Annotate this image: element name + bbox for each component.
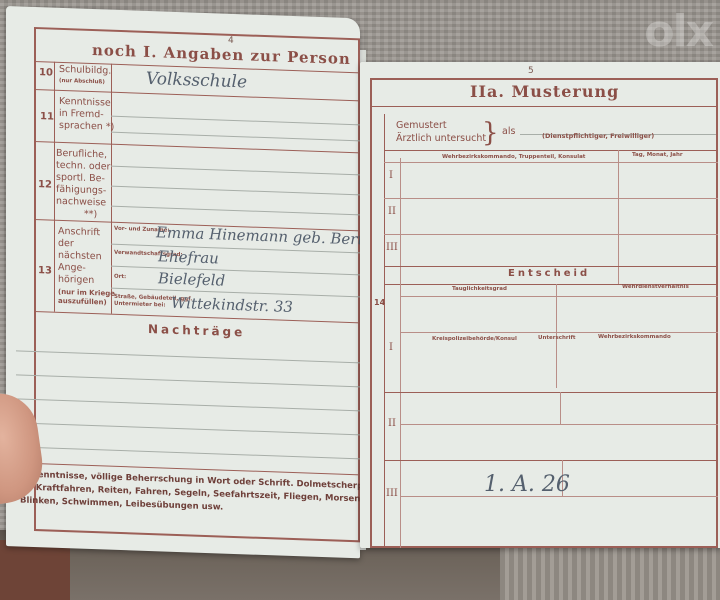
city-value: Bielefeld [158,269,225,289]
row-number: 11 [40,111,54,122]
divider [400,332,718,333]
exam-row-ii: II [388,206,396,217]
divider [400,284,401,548]
row-label: sprachen *) [59,120,114,134]
divider [384,114,385,548]
page-number: 5 [528,66,534,76]
watermark-logo: olx [644,6,712,57]
brace-icon: } [482,118,499,148]
decision-title: Entscheid [508,268,590,280]
divider [560,392,561,424]
divider [384,198,718,199]
divider [384,162,718,163]
divider [618,150,619,284]
divider [384,392,718,393]
right-page: 5 IIa. Musterung Gemustert Ärztlich unte… [360,62,720,548]
divider [400,424,718,425]
left-page: 4 noch I. Angaben zur Person 10 Schulbil… [6,6,360,558]
divider [400,296,718,297]
placemat [500,540,720,600]
exam-row-iii: III [386,242,398,253]
divider [54,62,55,312]
column-header-command: Wehrbezirkskommando [598,334,671,341]
row-label: der [58,238,74,251]
examined-label: Ärztlich untersucht [396,133,486,145]
divider [384,234,718,235]
relationship-value: Ehefrau [158,247,219,267]
column-header-authority: Kreispolizeibehörde/Konsul [432,336,517,343]
section-title: IIa. Musterung [470,82,619,101]
row-label: hörigen [58,274,94,287]
row-label: Schulbildg. [59,64,111,78]
divider [370,106,718,107]
hand-bottom [0,540,70,600]
divider [111,64,112,314]
decision-row-i: I [389,342,393,353]
column-header-signature: Unterschrift [538,335,576,342]
column-header-office: Wehrbezirkskommando, Truppenteil, Konsul… [442,154,585,161]
column-header-date: Tag, Monat, Jahr [632,152,683,159]
exam-row-i: I [389,170,393,181]
subfield-label: Ort: [114,274,126,281]
column-header-fitness: Tauglichkeitsgrad [452,286,507,293]
row-number: 14 [374,298,385,307]
divider [384,460,718,461]
row-number: 12 [38,179,52,190]
handwritten-note: 1. A. 26 [484,472,570,497]
row-number: 13 [38,265,52,276]
divider [384,266,718,267]
as-label: als [502,126,515,138]
row-label: nachweise [56,196,106,210]
supplements-title: Nachträge [148,323,245,338]
row-number: 10 [39,67,53,78]
decision-row-iii: III [386,488,398,499]
row-label: Ange- [58,262,86,275]
divider [384,150,718,151]
as-hint: (Dienstpflichtiger, Freiwilliger) [542,133,654,140]
column-header-service: Wehrdienstverhältnis [622,284,689,291]
decision-row-ii: II [388,418,396,429]
school-entry: Volksschule [146,69,247,93]
examined-label: Gemustert [396,120,447,132]
row-label: **) [84,209,97,221]
